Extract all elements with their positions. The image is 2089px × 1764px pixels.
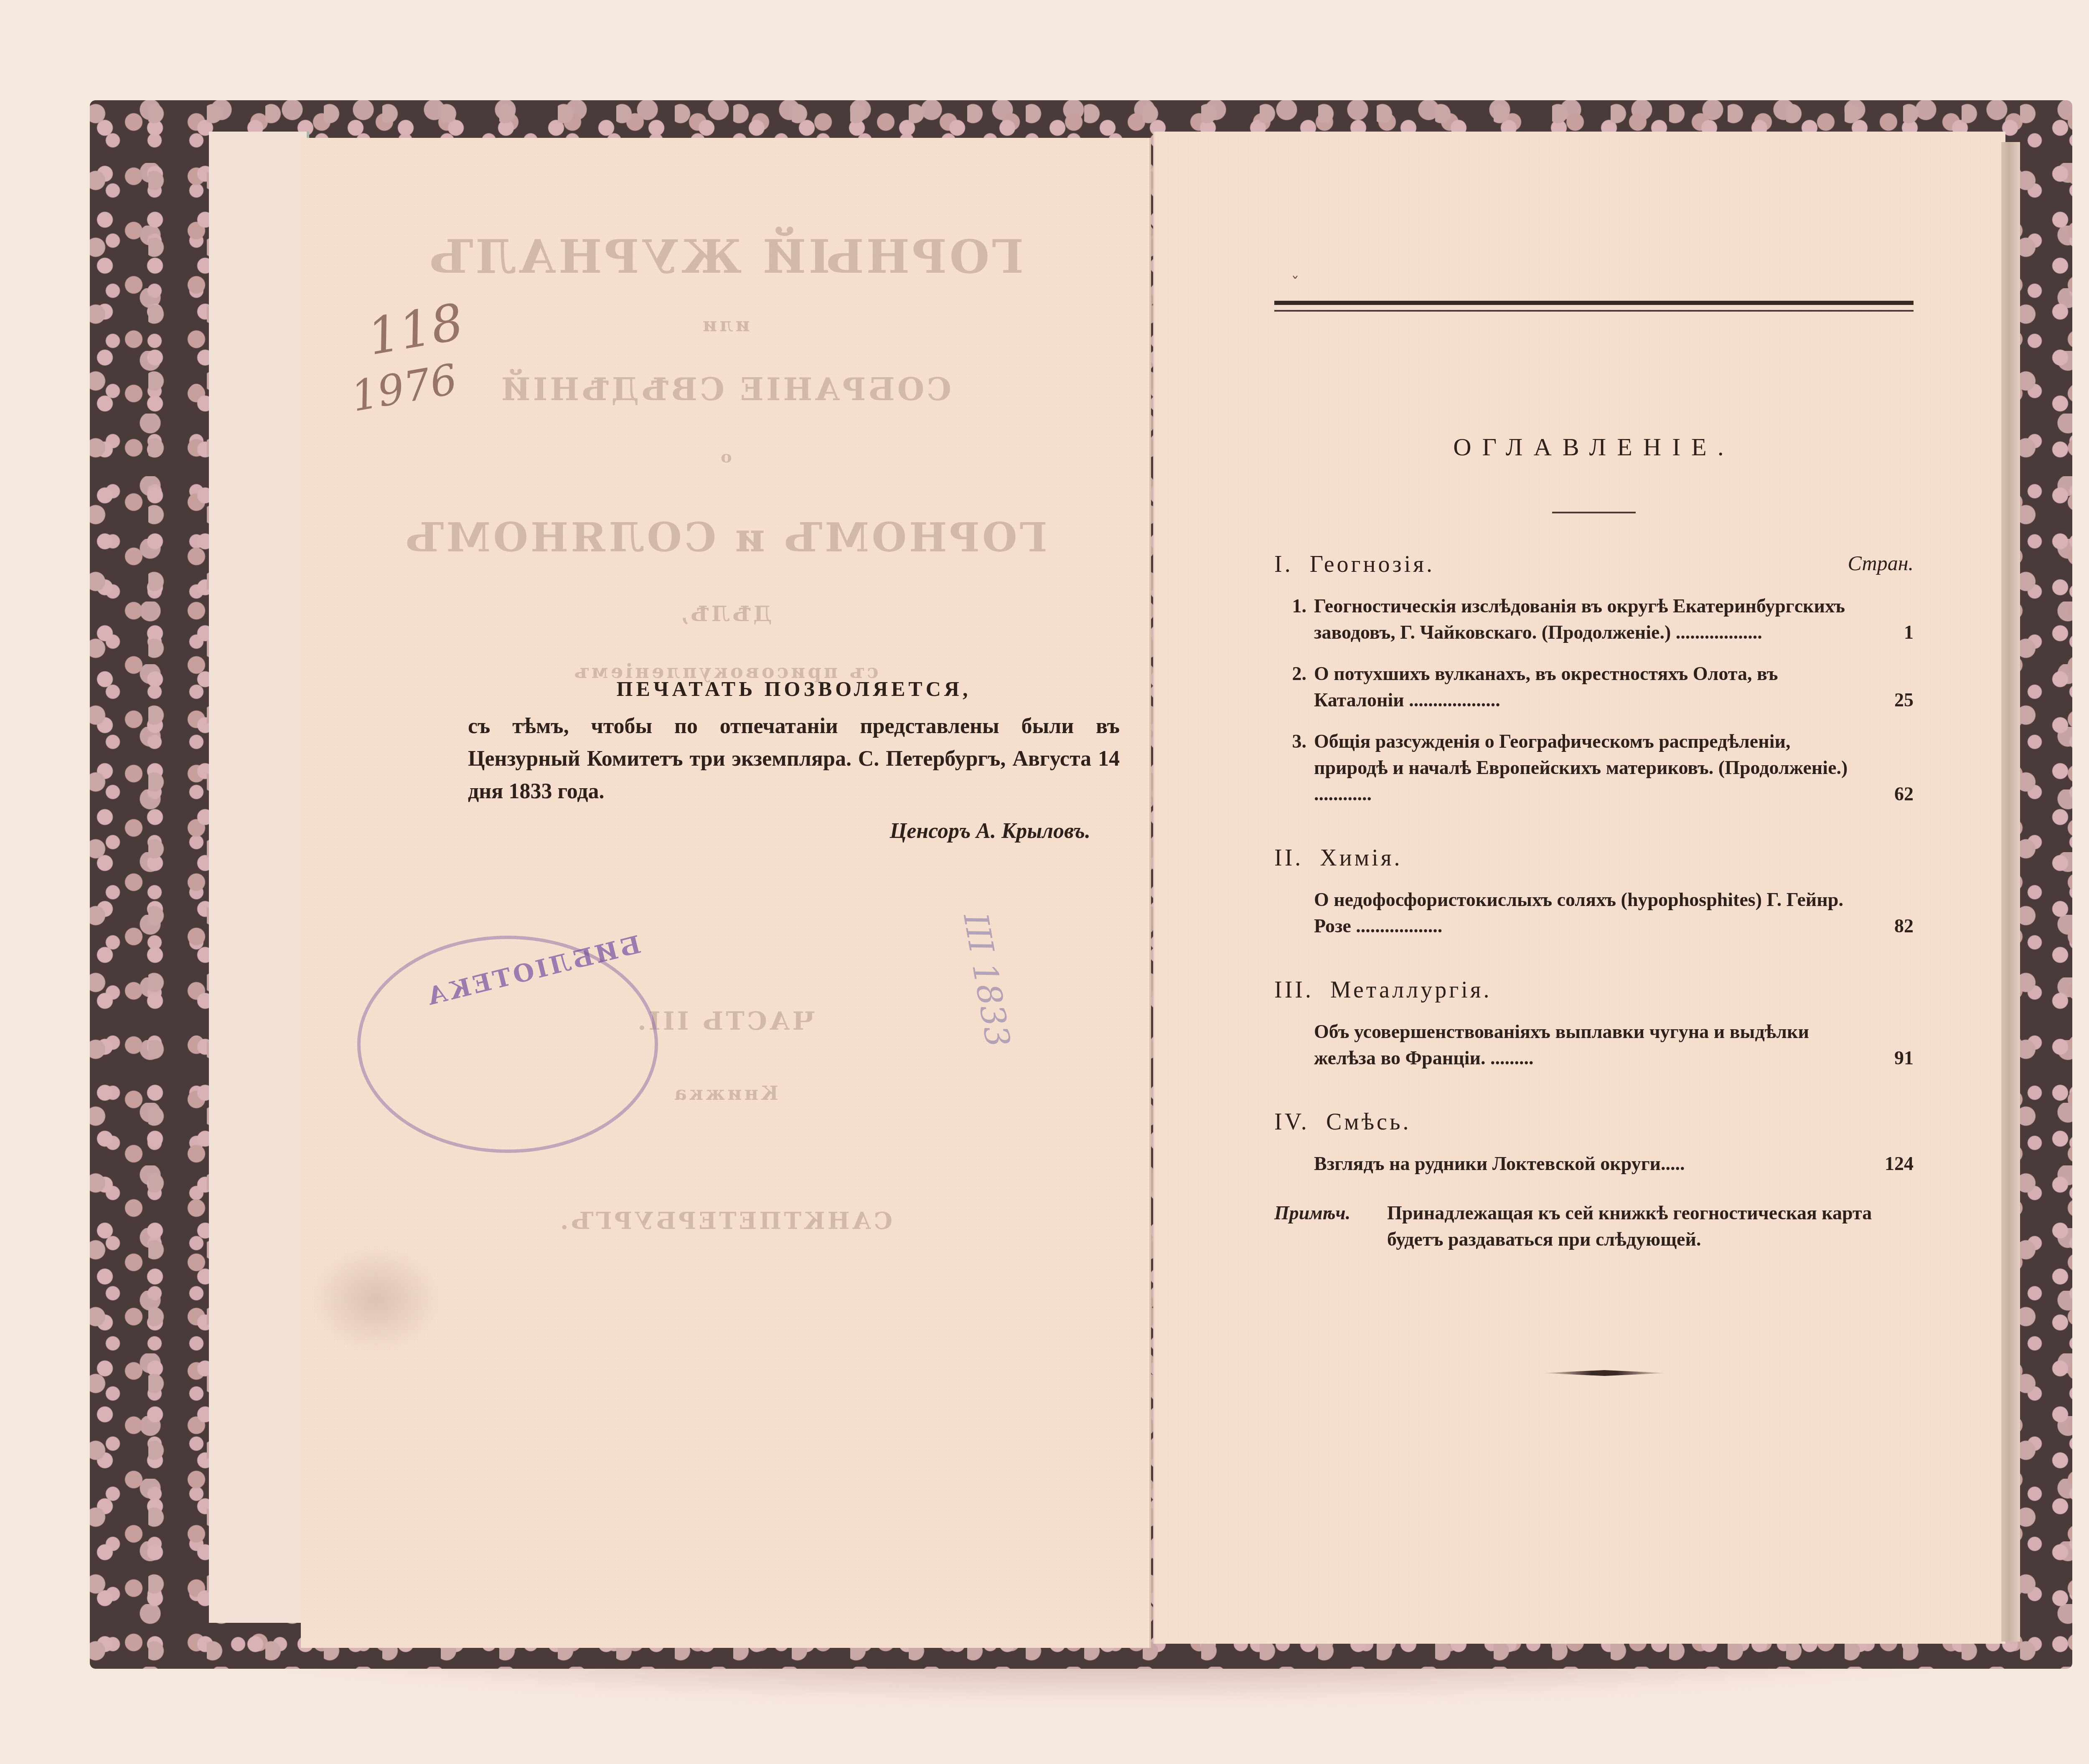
show-through-gornom: ГОРНОМЪ и СОЛЯНОМЪ xyxy=(301,514,1149,561)
toc-entry: 2. О потухшихъ вулканахъ, въ окрестностя… xyxy=(1274,660,1914,713)
note-label: Примѣч. xyxy=(1274,1200,1387,1252)
toc-entry: Взглядъ на рудники Локтевской округи....… xyxy=(1274,1150,1914,1177)
show-through-dele: ДѢЛѢ, xyxy=(301,602,1149,626)
show-through-title: ГОРНЫЙ ЖУРНАЛЪ xyxy=(301,230,1149,284)
paper-smudge xyxy=(309,1245,443,1353)
double-rule-thick xyxy=(1274,301,1914,305)
censor-heading: ПЕЧАТАТЬ ПОЗВОЛЯЕТСЯ, xyxy=(468,677,1120,701)
section-heading: Металлургія. xyxy=(1330,977,1492,1003)
entry-page: 124 xyxy=(1868,1150,1914,1177)
toc-note: Примѣч. Принадлежащая къ сей книжкѣ геог… xyxy=(1274,1200,1914,1252)
entry-title: Объ усовершенствованіяхъ выплавки чугуна… xyxy=(1314,1018,1868,1071)
tick-mark: ˇ xyxy=(1291,274,1299,293)
double-rule-thin xyxy=(1274,310,1914,312)
entry-page: 82 xyxy=(1868,913,1914,939)
entry-number: 1. xyxy=(1274,593,1314,645)
note-text: Принадлежащая къ сей книжкѣ геогностичес… xyxy=(1387,1200,1914,1252)
entry-page: 25 xyxy=(1868,687,1914,713)
entry-number: 3. xyxy=(1274,728,1314,807)
entry-title: Взглядъ на рудники Локтевской округи....… xyxy=(1314,1150,1868,1177)
toc-section-miscellany: IV. Смѣсь. Взглядъ на рудники Локтевской… xyxy=(1274,1109,1914,1177)
entry-page: 1 xyxy=(1868,619,1914,645)
toc-section-metallurgy: III. Металлургія. Объ усовершенствованія… xyxy=(1274,977,1914,1071)
censor-signature: Ценсоръ А. Крыловъ. xyxy=(468,819,1120,843)
page-column-label: Стран. xyxy=(1848,551,1914,578)
toc-entry: Объ усовершенствованіяхъ выплавки чугуна… xyxy=(1274,1018,1914,1071)
entry-title: О недофосфористокислыхъ соляхъ (hypophos… xyxy=(1314,886,1868,939)
section-numeral: II. xyxy=(1274,845,1303,871)
show-through-spb: САНКТПЕТЕРБУРГЪ. xyxy=(301,1207,1149,1235)
section-heading: Геогнозія. xyxy=(1310,551,1435,577)
entry-title: Общія разсужденія о Географическомъ расп… xyxy=(1314,728,1868,807)
section-heading: Смѣсь. xyxy=(1326,1109,1411,1135)
censor-body: съ тѣмъ, чтобы по отпечатаніи представле… xyxy=(468,710,1120,808)
entry-page: 91 xyxy=(1868,1045,1914,1071)
censor-notice: ПЕЧАТАТЬ ПОЗВОЛЯЕТСЯ, съ тѣмъ, чтобы по … xyxy=(468,677,1120,843)
page-block-edges xyxy=(2001,142,2020,1642)
entry-page: 62 xyxy=(1868,781,1914,807)
section-numeral: III. xyxy=(1274,977,1314,1003)
entry-number: 2. xyxy=(1274,660,1314,713)
entry-title: Геогностическія изслѣдованія въ округѣ Е… xyxy=(1314,593,1868,645)
toc-entry: 1. Геогностическія изслѣдованія въ округ… xyxy=(1274,593,1914,645)
flyleaf-strip xyxy=(209,132,309,1623)
toc-title: ОГЛАВЛЕНІЕ. xyxy=(1274,433,1914,462)
title-underline xyxy=(1552,512,1636,513)
section-numeral: I. xyxy=(1274,551,1293,577)
entry-number xyxy=(1274,886,1314,939)
section-numeral: IV. xyxy=(1274,1109,1309,1135)
toc-entry: 3. Общія разсужденія о Географическомъ р… xyxy=(1274,728,1914,807)
show-through-o: о xyxy=(301,447,1149,467)
toc-section-chemistry: II. Химія. О недофосфористокислыхъ солях… xyxy=(1274,845,1914,939)
toc-entry: О недофосфористокислыхъ соляхъ (hypophos… xyxy=(1274,886,1914,939)
table-of-contents: ОГЛАВЛЕНІЕ. I. Геогнозія. Стран. 1. Геог… xyxy=(1274,301,1914,1252)
entry-number xyxy=(1274,1018,1314,1071)
entry-title: О потухшихъ вулканахъ, въ окрестностяхъ … xyxy=(1314,660,1868,713)
section-heading: Химія. xyxy=(1320,845,1402,871)
toc-section-geognosy: I. Геогнозія. Стран. 1. Геогностическія … xyxy=(1274,551,1914,807)
entry-number xyxy=(1274,1150,1314,1177)
